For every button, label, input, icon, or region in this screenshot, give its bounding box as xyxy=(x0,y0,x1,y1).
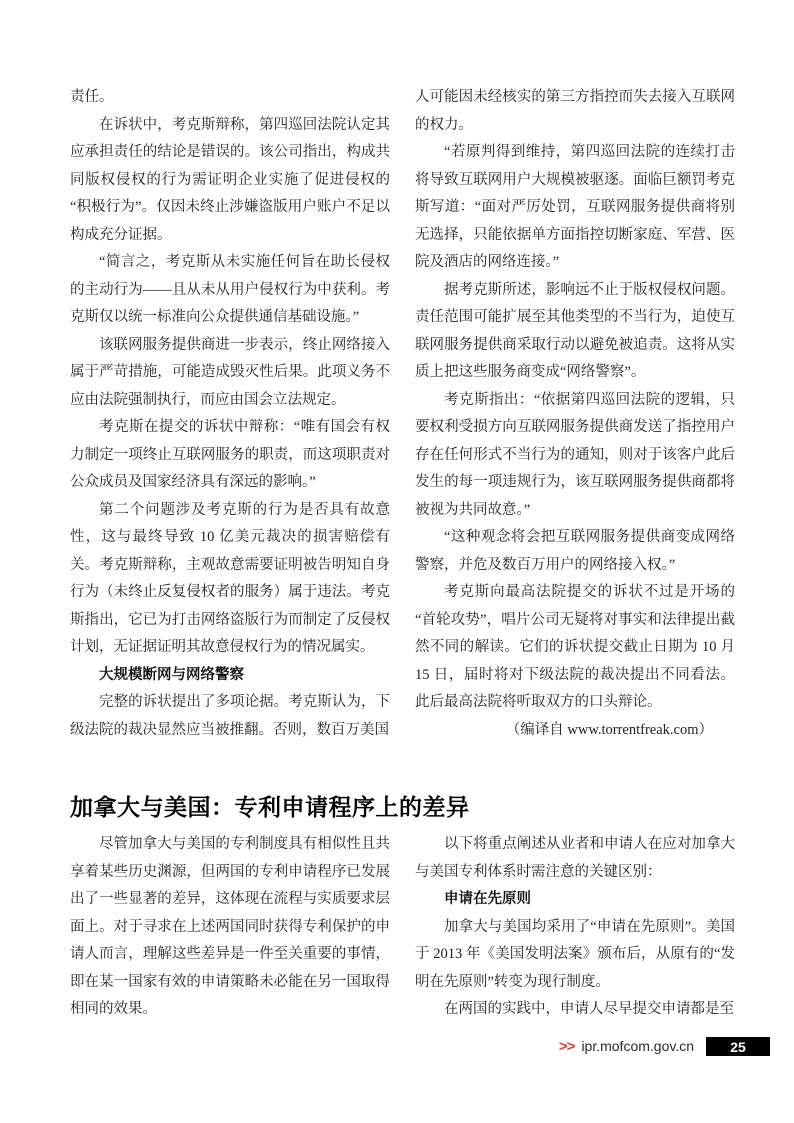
paragraph: 考克斯指出：“依据第四巡回法院的逻辑，只要权利受损方向互联网服务提供商发送了指控… xyxy=(415,387,735,525)
paragraph: 第二个问题涉及考克斯的行为是否具有故意性，这与最终导致 10 亿美元裁决的损害赔… xyxy=(70,497,390,662)
paragraph: 据考克斯所述，影响远不止于版权侵权问题。责任范围可能扩展至其他类型的不当行为，迫… xyxy=(415,277,735,387)
footer-url: ipr.mofcom.gov.cn xyxy=(581,1037,694,1056)
paragraph: “简言之，考克斯从未实施任何旨在助长侵权的主动行为——且从未从用户侵权行为中获利… xyxy=(70,249,390,332)
double-chevron-icon: >> xyxy=(559,1037,575,1056)
article-canada-us-patent: 加拿大与美国：专利申请程序上的差异 尽管加拿大与美国的专利制度具有相似性且共享着… xyxy=(70,792,735,1024)
paragraph: 该联网服务提供商进一步表示，终止网络接入属于严苛措施，可能造成毁灭性后果。此项义… xyxy=(70,332,390,415)
paragraph: 人可能因未经核实的第三方指控而失去接入互联网的权力。 xyxy=(415,84,735,139)
paragraph: 以下将重点阐述从业者和申请人在应对加拿大与美国专利体系时需注意的关键区别： xyxy=(415,831,735,886)
paragraph: “若原判得到维持，第四巡回法院的连续打击将导致互联网用户大规模被驱逐。面临巨额罚… xyxy=(415,139,735,277)
page-number-badge: 25 xyxy=(706,1037,770,1056)
subheading-first-to-file: 申请在先原则 xyxy=(415,886,735,914)
paragraph: 完整的诉状提出了多项论据。考克斯认为，下级法院的裁决显然应当被推翻。否则，数百万… xyxy=(70,689,390,744)
paragraph: 尽管加拿大与美国的专利制度具有相似性且共享着某些历史渊源，但两国的专利申请程序已… xyxy=(70,831,390,1024)
article1-right-column: 人可能因未经核实的第三方指控而失去接入互联网的权力。 “若原判得到维持，第四巡回… xyxy=(415,84,735,744)
paragraph: “这种观念将会把互联网服务提供商变成网络警察，并危及数百万用户的网络接入权。” xyxy=(415,524,735,579)
paragraph: 责任。 xyxy=(70,84,390,112)
document-page: 责任。 在诉状中，考克斯辩称，第四巡回法院认定其应承担责任的结论是错误的。该公司… xyxy=(0,0,794,1123)
paragraph: 加拿大与美国均采用了“申请在先原则”。美国于 2013 年《美国发明法案》颁布后… xyxy=(415,914,735,997)
paragraph: 考克斯在提交的诉状中辩称：“唯有国会有权力制定一项终止互联网服务的职责，而这项职… xyxy=(70,414,390,497)
subheading-mass-disconnect: 大规模断网与网络警察 xyxy=(70,662,390,690)
article2-left-column: 尽管加拿大与美国的专利制度具有相似性且共享着某些历史渊源，但两国的专利申请程序已… xyxy=(70,831,390,1024)
article2-right-column: 以下将重点阐述从业者和申请人在应对加拿大与美国专利体系时需注意的关键区别： 申请… xyxy=(415,831,735,1024)
paragraph: 在两国的实践中，申请人尽早提交申请都是至 xyxy=(415,996,735,1024)
article1-left-column: 责任。 在诉状中，考克斯辩称，第四巡回法院认定其应承担责任的结论是错误的。该公司… xyxy=(70,84,390,744)
article-cox-supreme-court: 责任。 在诉状中，考克斯辩称，第四巡回法院认定其应承担责任的结论是错误的。该公司… xyxy=(70,84,735,744)
paragraph: 在诉状中，考克斯辩称，第四巡回法院认定其应承担责任的结论是错误的。该公司指出，构… xyxy=(70,112,390,250)
page-footer: >> ipr.mofcom.gov.cn 25 xyxy=(559,1037,770,1056)
article-title: 加拿大与美国：专利申请程序上的差异 xyxy=(70,792,735,822)
source-attribution: （编译自 www.torrentfreak.com） xyxy=(415,717,735,745)
paragraph: 考克斯向最高法院提交的诉状不过是开场的“首轮攻势”，唱片公司无疑将对事实和法律提… xyxy=(415,579,735,717)
article2-columns: 尽管加拿大与美国的专利制度具有相似性且共享着某些历史渊源，但两国的专利申请程序已… xyxy=(70,831,735,1024)
